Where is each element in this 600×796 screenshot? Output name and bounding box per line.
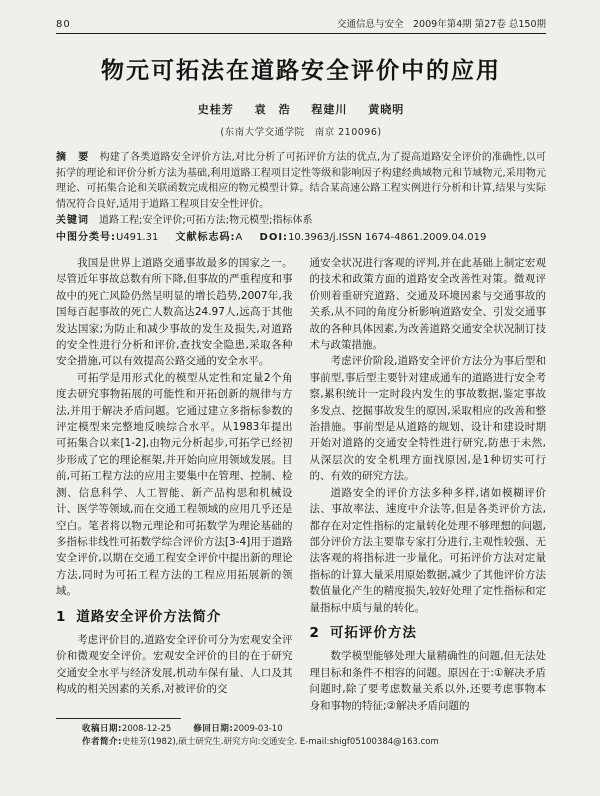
footnote-rule [56, 718, 181, 719]
doi-label: DOI: [260, 232, 289, 243]
paragraph-intro-2: 可拓学是用形式化的模型从定性和定量2个角度去研究事物拓展的可能性和开拓创新的规律… [56, 370, 293, 600]
right-column: 通安全状况进行客观的评判,并在此基础上制定宏观的技术和政策方面的道路安全改善性对… [310, 255, 547, 714]
section-2-heading: 2可拓评价方法 [310, 625, 547, 641]
doc-code-label: 文献标志码: [176, 232, 236, 243]
doi-value: 10.3963/j.ISSN 1674-4861.2009.04.019 [288, 232, 486, 243]
clc-label: 中图分类号: [56, 232, 116, 243]
paragraph-methods-compare: 道路安全的评价方法多种多样,诸如模糊评价法、事故率法、速度中介法等,但是各类评价… [310, 485, 547, 616]
author-bio-line: 作者简介:史桂芳(1982),硕士研究生.研究方向:交通安全. E-mail:s… [82, 736, 546, 749]
revised-label: 修回日期: [193, 724, 233, 734]
revised-date: 2009-03-10 [233, 724, 282, 734]
keywords-line: 关键词 道路工程;安全评价;可拓方法;物元模型;指标体系 [56, 213, 546, 229]
doc-code-group: 文献标志码:A [176, 232, 243, 243]
received-label: 收稿日期: [82, 724, 122, 734]
paper-title: 物元可拓法在道路安全评价中的应用 [56, 52, 546, 85]
dates-line: 收稿日期:2008-12-25修回日期:2009-03-10 [82, 723, 546, 736]
scanned-paper-page: 80 交通信息与安全 2009年第4期 第27卷 总150期 物元可拓法在道路安… [0, 0, 600, 796]
abstract-block: 摘 要 构建了各类道路安全评价方法,对比分析了可拓评价方法的优点,为了提高道路安… [56, 150, 546, 245]
abstract-label: 摘 要 [56, 152, 89, 163]
body-columns: 我国是世界上道路交通事故最多的国家之一。尽管近年事故总数有所下降,但事故的严重程… [56, 255, 546, 714]
section-1-number: 1 [56, 609, 66, 625]
abstract-paragraph: 摘 要 构建了各类道路安全评价方法,对比分析了可拓评价方法的优点,为了提高道路安… [56, 150, 546, 212]
paragraph-evaluation-stage: 考虑评价阶段,道路安全评价方法分为事后型和事前型,事后型主要针对建成通车的道路进… [310, 353, 547, 484]
bio-label: 作者简介: [82, 737, 122, 747]
authors-line: 史桂芳 袁 浩 程建川 黄晓明 [56, 101, 546, 117]
classification-line: 中图分类号:U491.31 文献标志码:A DOI:10.3963/j.ISSN… [56, 230, 546, 246]
doi-group: DOI:10.3963/j.ISSN 1674-4861.2009.04.019 [260, 232, 487, 243]
left-column: 我国是世界上道路交通事故最多的国家之一。尽管近年事故总数有所下降,但事故的严重程… [56, 255, 293, 714]
section-2-title: 可拓评价方法 [330, 625, 417, 641]
keywords-text: 道路工程;安全评价;可拓方法;物元模型;指标体系 [89, 215, 312, 226]
header-rule [56, 33, 546, 34]
clc-value: U491.31 [116, 232, 158, 243]
paragraph-section2: 数学模型能够处理大量精确性的问题,但无法处理目标和条件不相容的问题。原因在于:①… [310, 648, 547, 714]
author-name: 袁 浩 [255, 103, 291, 116]
clc-group: 中图分类号:U491.31 [56, 232, 158, 243]
paragraph-section1: 考虑评价目的,道路安全评价可分为宏观安全评价和微观安全评价。宏观安全评价的目的在… [56, 632, 293, 698]
doc-code-value: A [236, 232, 243, 243]
paragraph-intro-1: 我国是世界上道路交通事故最多的国家之一。尽管近年事故总数有所下降,但事故的严重程… [56, 255, 293, 370]
affiliation: (东南大学交通学院 南京 210096) [56, 124, 546, 138]
abstract-text: 构建了各类道路安全评价方法,对比分析了可拓评价方法的优点,为了提高道路安全评价的… [56, 152, 546, 210]
page-number: 80 [56, 19, 71, 30]
author-name: 程建川 [311, 103, 347, 116]
section-1-heading: 1道路安全评价方法简介 [56, 609, 293, 625]
author-bio: 史桂芳(1982),硕士研究生.研究方向:交通安全. E-mail:shigf0… [122, 737, 439, 747]
journal-header: 80 交通信息与安全 2009年第4期 第27卷 总150期 [56, 16, 546, 30]
keywords-label: 关键词 [56, 215, 89, 226]
section-1-title: 道路安全评价方法简介 [76, 609, 221, 625]
author-name: 史桂芳 [198, 103, 234, 116]
footnote-block: 收稿日期:2008-12-25修回日期:2009-03-10 作者简介:史桂芳(… [56, 718, 546, 749]
received-date: 2008-12-25 [122, 724, 171, 734]
paragraph-section1-cont: 通安全状况进行客观的评判,并在此基础上制定宏观的技术和政策方面的道路安全改善性对… [310, 255, 547, 353]
author-name: 黄晓明 [368, 103, 404, 116]
section-2-number: 2 [310, 625, 320, 641]
journal-info: 交通信息与安全 2009年第4期 第27卷 总150期 [337, 16, 546, 30]
